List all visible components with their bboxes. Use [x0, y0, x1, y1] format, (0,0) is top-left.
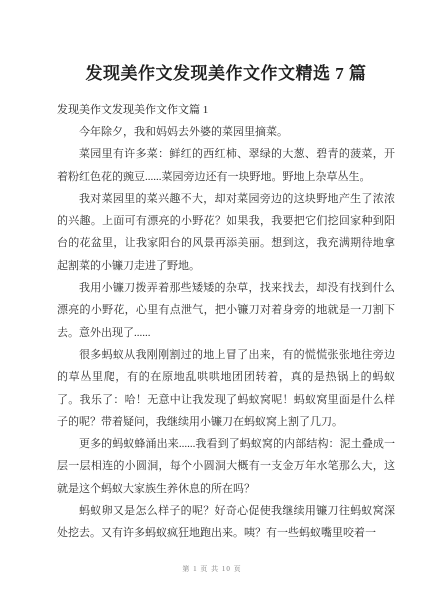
paragraph: 菜园里有许多菜：鲜红的西红柿、翠绿的大葱、碧青的菠菜，开着粉红色花的豌豆....…: [57, 143, 395, 188]
document-page: 发现美作文发现美作文作文精选 7 篇 发现美作文发现美作文作文篇 1 今年除夕，…: [0, 0, 424, 600]
paragraph: 我对菜园里的菜兴趣不大，却对菜园旁边的这块野地产生了浓浓的兴趣。上面可有漂亮的小…: [57, 188, 395, 277]
paragraph: 我用小镰刀拨弄着那些矮矮的杂草，找来找去，却没有找到什么漂亮的小野花，心里有点泄…: [57, 277, 395, 344]
paragraph: 蚂蚁卵又是怎么样子的呢？好奇心促使我继续用镰刀往蚂蚁窝深处挖去。又有许多蚂蚁疯狂…: [57, 500, 395, 545]
page-footer: 第 1 页 共 10 页: [0, 564, 424, 574]
paragraph: 今年除夕，我和妈妈去外婆的菜园里摘菜。: [57, 121, 395, 143]
document-body: 今年除夕，我和妈妈去外婆的菜园里摘菜。菜园里有许多菜：鲜红的西红柿、翠绿的大葱、…: [57, 121, 395, 545]
document-title: 发现美作文发现美作文作文精选 7 篇: [57, 62, 395, 86]
page-number: 第 1 页 共 10 页: [182, 565, 241, 573]
paragraph: 更多的蚂蚁蜂涌出来......我看到了蚂蚁窝的内部结构：泥土叠成一层一层相连的小…: [57, 433, 395, 500]
paragraph: 很多蚂蚁从我刚刚割过的地上冒了出来，有的慌慌张张地往旁边的草丛里爬，有的在原地乱…: [57, 344, 395, 433]
section-heading: 发现美作文发现美作文作文篇 1: [57, 99, 395, 121]
